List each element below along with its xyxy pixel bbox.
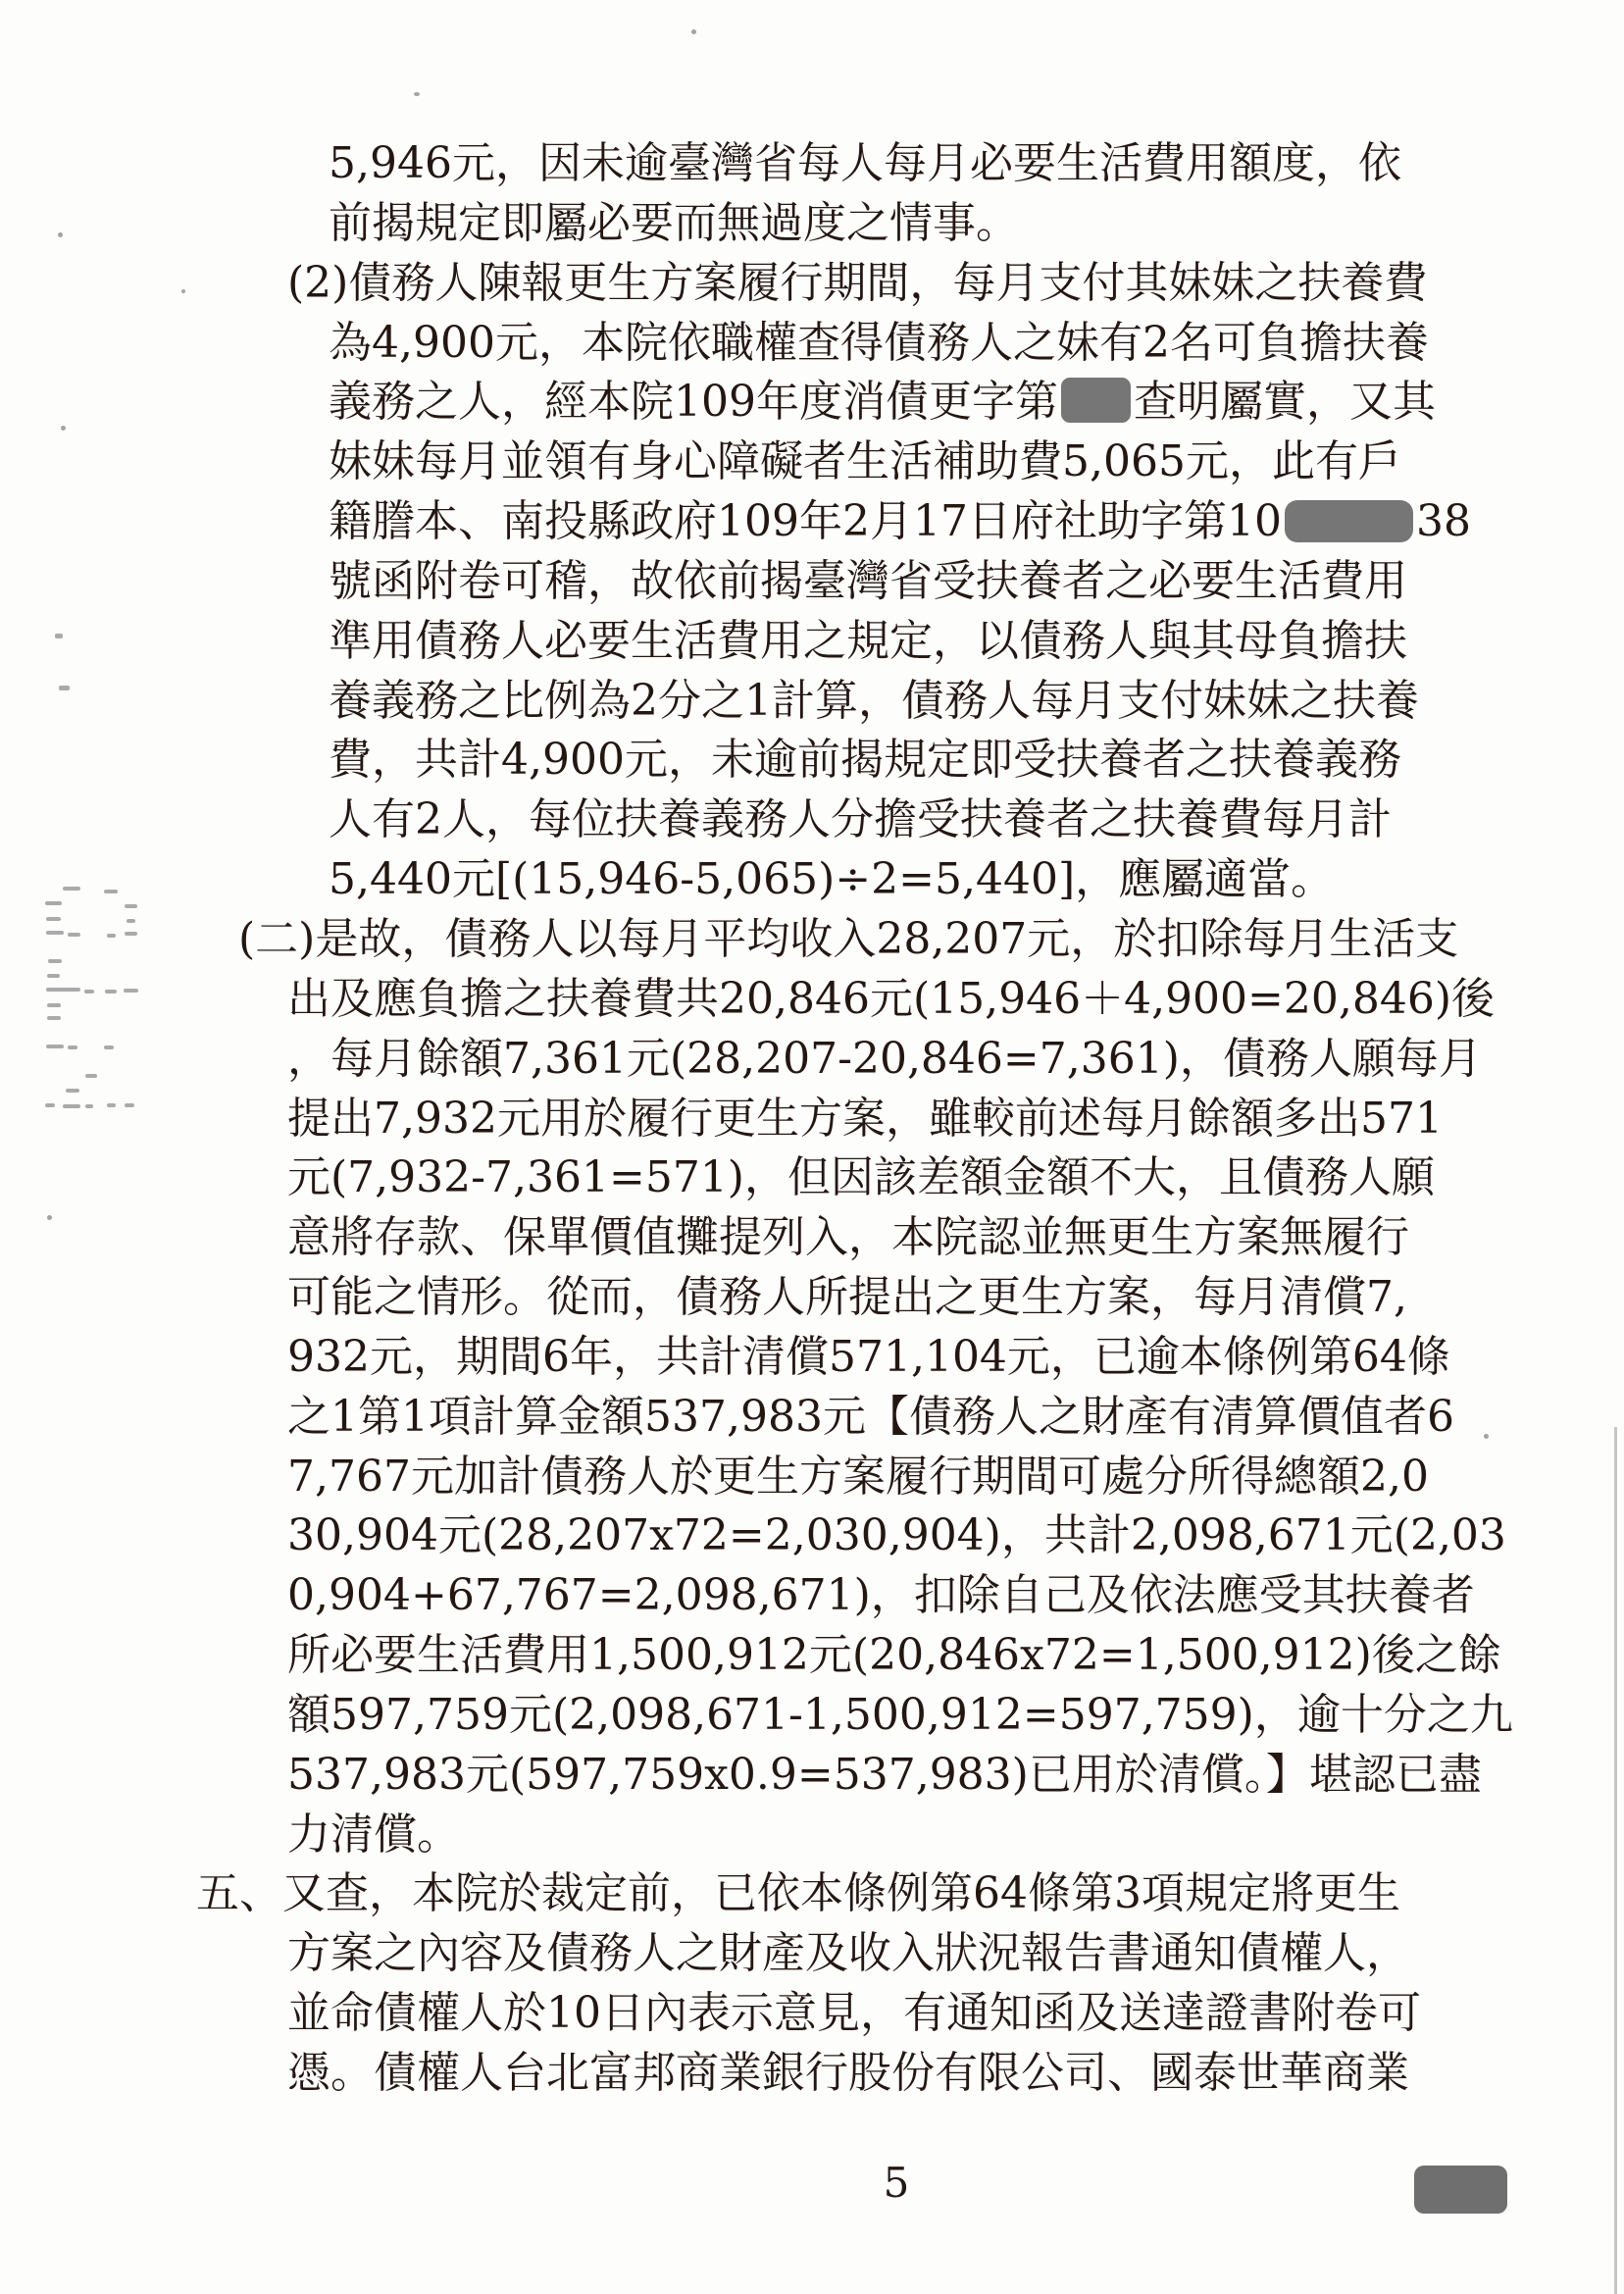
text-segment: 籍謄本、南投縣政府109年2月17日府社助字第10: [329, 496, 1282, 546]
text-line: 意將存款、保單價值攤提列入，本院認並無更生方案無履行: [0, 1208, 1624, 1268]
redaction-box: [1414, 2166, 1507, 2214]
text-line: 人有2人，每位扶養義務人分擔受扶養者之扶養費每月計: [0, 790, 1624, 850]
text-line: 前揭規定即屬必要而無過度之情事。: [0, 194, 1624, 254]
text-line: (二)是故，債務人以每月平均收入28,207元，於扣除每月生活支: [0, 910, 1624, 970]
text-line: ，每月餘額7,361元(28,207-20,846=7,361)，債務人願每月: [0, 1030, 1624, 1090]
text-line: 方案之內容及債務人之財產及收入狀況報告書通知債權人，: [0, 1924, 1624, 1984]
text-line: 元(7,932-7,361=571)，但因該差額金額不大，且債務人願: [0, 1148, 1624, 1208]
text-line: 義務之人，經本院109年度消債更字第查明屬實，又其: [0, 373, 1624, 433]
text-segment: 義務之人，經本院109年度消債更字第: [329, 377, 1058, 427]
text-line: 籍謄本、南投縣政府109年2月17日府社助字第1038: [0, 492, 1624, 552]
text-line: 準用債務人必要生活費用之規定，以債務人與其母負擔扶: [0, 612, 1624, 672]
text-line: 憑。債權人台北富邦商業銀行股份有限公司、國泰世華商業: [0, 2044, 1624, 2104]
text-line: 五、又查，本院於裁定前，已依本條例第64條第3項規定將更生: [0, 1864, 1624, 1924]
text-line: 提出7,932元用於履行更生方案，雖較前述每月餘額多出571: [0, 1090, 1624, 1149]
redaction-box: [1285, 500, 1413, 542]
text-line: 5,946元，因未逾臺灣省每人每月必要生活費用額度，依: [0, 134, 1624, 194]
court-ruling-text: 5,946元，因未逾臺灣省每人每月必要生活費用額度，依 前揭規定即屬必要而無過度…: [0, 134, 1624, 2104]
text-line: 出及應負擔之扶養費共20,846元(15,946＋4,900=20,846)後: [0, 970, 1624, 1030]
text-line: 養義務之比例為2分之1計算，債務人每月支付妹妹之扶養: [0, 672, 1624, 732]
text-line: 費，共計4,900元，未逾前揭規定即受扶養者之扶養義務: [0, 731, 1624, 790]
text-line: 妹妹每月並領有身心障礙者生活補助費5,065元，此有戶: [0, 433, 1624, 492]
text-line: 力清償。: [0, 1806, 1624, 1865]
text-segment: 查明屬實，又其: [1134, 377, 1436, 427]
scan-edge-artifact: [1614, 1427, 1617, 2294]
text-line: 537,983元(597,759x0.9=537,983)已用於清償。】堪認已盡: [0, 1746, 1624, 1806]
text-line: 5,440元[(15,946-5,065)÷2=5,440]，應屬適當。: [0, 850, 1624, 910]
redaction-box: [1061, 378, 1131, 423]
text-line: 額597,759元(2,098,671-1,500,912=597,759)，逾…: [0, 1686, 1624, 1746]
text-line: 30,904元(28,207x72=2,030,904)，共計2,098,671…: [0, 1506, 1624, 1566]
text-line: 可能之情形。從而，債務人所提出之更生方案，每月清償7,: [0, 1268, 1624, 1328]
text-line: 之1第1項計算金額537,983元【債務人之財產有清算價值者6: [0, 1388, 1624, 1448]
text-line: 所必要生活費用1,500,912元(20,846x72=1,500,912)後之…: [0, 1626, 1624, 1686]
text-line: 號函附卷可稽，故依前揭臺灣省受扶養者之必要生活費用: [0, 552, 1624, 612]
page-number: 5: [867, 2162, 926, 2205]
text-line: 932元，期間6年，共計清償571,104元，已逾本條例第64條: [0, 1328, 1624, 1388]
text-line: 0,904+67,767=2,098,671)，扣除自己及依法應受其扶養者: [0, 1566, 1624, 1626]
text-line: (2)債務人陳報更生方案履行期間，每月支付其妹妹之扶養費: [0, 254, 1624, 314]
document-page: 5,946元，因未逾臺灣省每人每月必要生活費用額度，依 前揭規定即屬必要而無過度…: [0, 0, 1624, 2294]
text-line: 7,767元加計債務人於更生方案履行期間可處分所得總額2,0: [0, 1448, 1624, 1507]
text-line: 為4,900元，本院依職權查得債務人之妹有2名可負擔扶養: [0, 314, 1624, 374]
text-line: 並命債權人於10日內表示意見，有通知函及送達證書附卷可: [0, 1984, 1624, 2044]
text-segment: 38: [1416, 496, 1471, 546]
